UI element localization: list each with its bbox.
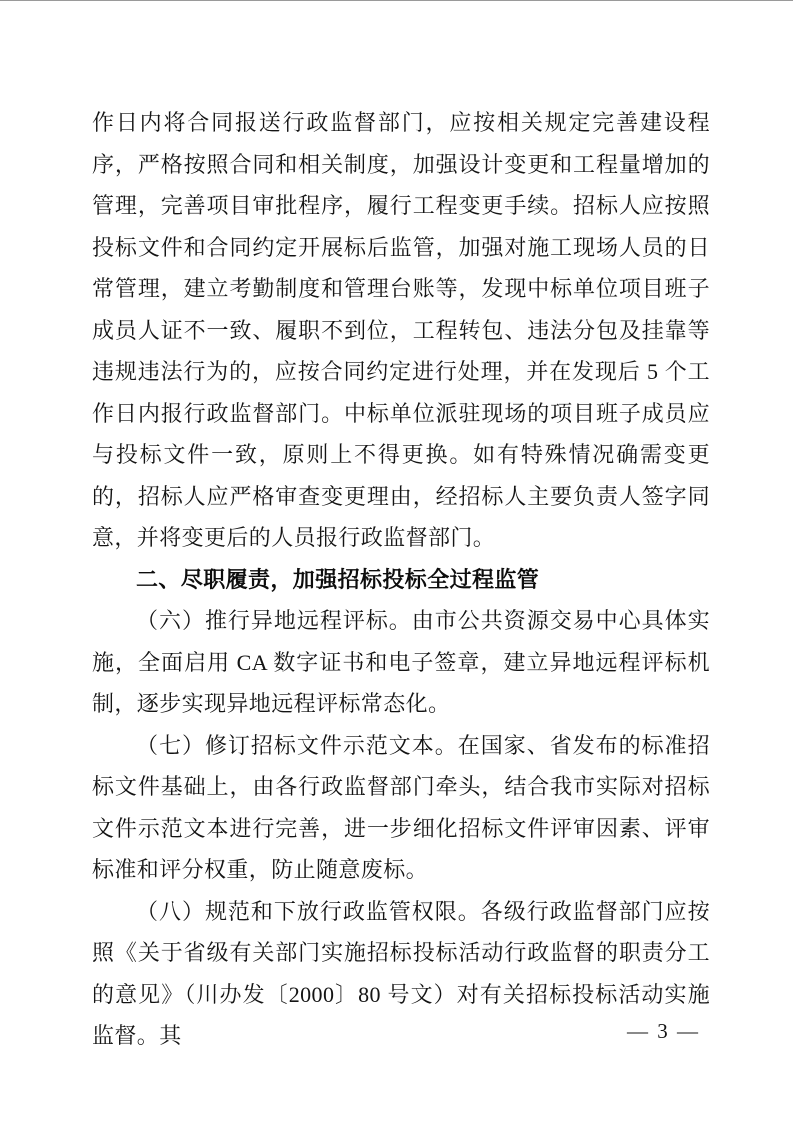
paragraph-item-6-remote-evaluation: （六）推行异地远程评标。由市公共资源交易中心具体实施，全面启用 CA 数字证书和… (92, 600, 710, 725)
paragraph-item-7-model-documents: （七）修订招标文件示范文本。在国家、省发布的标准招标文件基础上，由各行政监督部门… (92, 725, 710, 891)
paragraph-item-8-supervision-authority: （八）规范和下放行政监管权限。各级行政监督部门应按照《关于省级有关部门实施招标投… (92, 891, 710, 1057)
page-number: — 3 — (627, 1015, 700, 1047)
document-page: 作日内将合同报送行政监督部门，应按相关规定完善建设程序，严格按照合同和相关制度，… (0, 0, 793, 1122)
section-heading-duty-supervision: 二、尽职履责，加强招标投标全过程监管 (92, 559, 710, 601)
document-content: 作日内将合同报送行政监督部门，应按相关规定完善建设程序，严格按照合同和相关制度，… (92, 102, 710, 1057)
paragraph-contract-post-award-supervision: 作日内将合同报送行政监督部门，应按相关规定完善建设程序，严格按照合同和相关制度，… (92, 102, 710, 559)
